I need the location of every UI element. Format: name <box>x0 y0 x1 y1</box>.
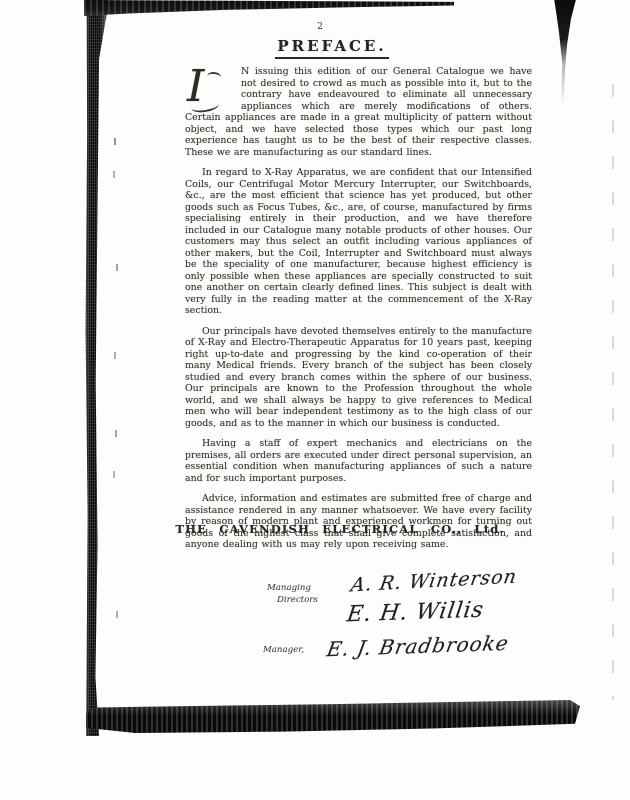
page-number: 2 <box>317 21 324 32</box>
signature-willis: E. H. Willis <box>345 598 485 628</box>
managing-directors-label-line2: Directors <box>277 594 318 606</box>
paragraph-principals: Our principals have devoted themselves e… <box>185 326 532 430</box>
company-name: THE CAVENDISH ELECTRICAL CO., Ltd. <box>105 522 575 536</box>
page-content: 2 PREFACE. IN issuing this edition of ou… <box>105 0 617 800</box>
opening-paragraph-text: N issuing this edition of our General Ca… <box>185 66 532 158</box>
page-title: PREFACE. <box>275 37 388 59</box>
drop-cap-initial: I <box>187 68 237 112</box>
manager-label: Manager, <box>263 644 304 656</box>
managing-directors-label: Managing Directors <box>267 582 318 606</box>
scanned-catalogue-page: 2 PREFACE. IN issuing this edition of ou… <box>0 0 630 800</box>
title-wrap: PREFACE. <box>105 36 559 59</box>
paragraph-xray-apparatus: In regard to X-Ray Apparatus, we are con… <box>185 167 532 317</box>
signature-winterson: A. R. Winterson <box>349 566 518 597</box>
managing-directors-label-line1: Managing <box>267 583 311 593</box>
opening-paragraph: IN issuing this edition of our General C… <box>185 66 532 158</box>
paragraph-staff: Having a staff of expert mechanics and e… <box>185 438 532 484</box>
preface-text-column: IN issuing this edition of our General C… <box>185 66 532 560</box>
signature-block: Managing Directors A. R. Winterson E. H.… <box>185 570 585 700</box>
signature-bradbrooke: E. J. Bradbrooke <box>325 631 511 662</box>
